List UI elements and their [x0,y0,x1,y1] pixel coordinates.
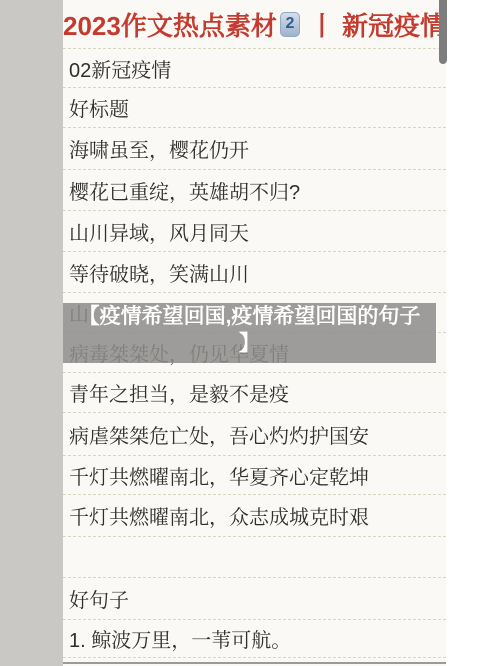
bottom-divider [63,662,446,664]
list-item-label: 樱花已重绽，英雄胡不归? [69,176,300,205]
list-item: 1. 鲸波万里，一苇可航。 [63,620,446,658]
list-item-label: 千灯共燃曜南北，众志成城克时艰 [69,501,369,530]
list-item: 海啸虽至，樱花仍开 [63,128,446,170]
page-title: 2023作文热点素材 2 丨 新冠疫情 [63,0,446,49]
left-gutter [0,0,63,666]
list-item: 樱花已重绽，英雄胡不归? [63,170,446,211]
title-separator: 丨 [309,6,335,43]
scrollbar-thumb[interactable] [439,0,447,64]
list-item-label: 千灯共燃曜南北，华夏齐心定乾坤 [69,461,369,490]
watermark-line2: 】 [239,330,260,357]
list-item-label: 病虐桀桀危亡处，吾心灼灼护国安 [69,420,369,449]
right-gutter [446,0,500,666]
list-item-label: 好标题 [69,93,129,122]
list-item: 02新冠疫情 [63,49,446,88]
title-suffix: 新冠疫情 [342,6,446,43]
keycap-2-icon: 2 [280,12,300,37]
watermark-overlay: 【疫情希望回国,疫情希望回国的句子 】 [63,303,436,363]
list-item: 等待破晓，笑满山川 [63,252,446,293]
title-prefix: 2023作文热点素材 [63,6,277,43]
list-item: 千灯共燃曜南北，华夏齐心定乾坤 [63,456,446,495]
page-root: 2023作文热点素材 2 丨 新冠疫情 02新冠疫情 好标题 海啸虽至，樱花仍开… [0,0,500,666]
list-item-label: 1. 鲸波万里，一苇可航。 [69,624,291,653]
list-item-label: 青年之担当，是毅不是疫 [69,378,289,407]
list-item: 好标题 [63,88,446,128]
list-item: 好句子 [63,578,446,620]
list-item-empty [63,537,446,578]
list-item-label: 山川异域，风月同天 [69,217,249,246]
watermark-line1: 【疫情希望回国,疫情希望回国的句子 [79,303,421,330]
list-item-label: 海啸虽至，樱花仍开 [69,134,249,163]
list-item-label: 等待破晓，笑满山川 [69,258,249,287]
list-item: 病虐桀桀危亡处，吾心灼灼护国安 [63,413,446,456]
list-item-label: 02新冠疫情 [69,54,171,83]
list-item-label: 好句子 [69,584,129,613]
list-item: 山川异域，风月同天 [63,211,446,252]
list-item: 青年之担当，是毅不是疫 [63,373,446,413]
list-item: 千灯共燃曜南北，众志成城克时艰 [63,495,446,537]
